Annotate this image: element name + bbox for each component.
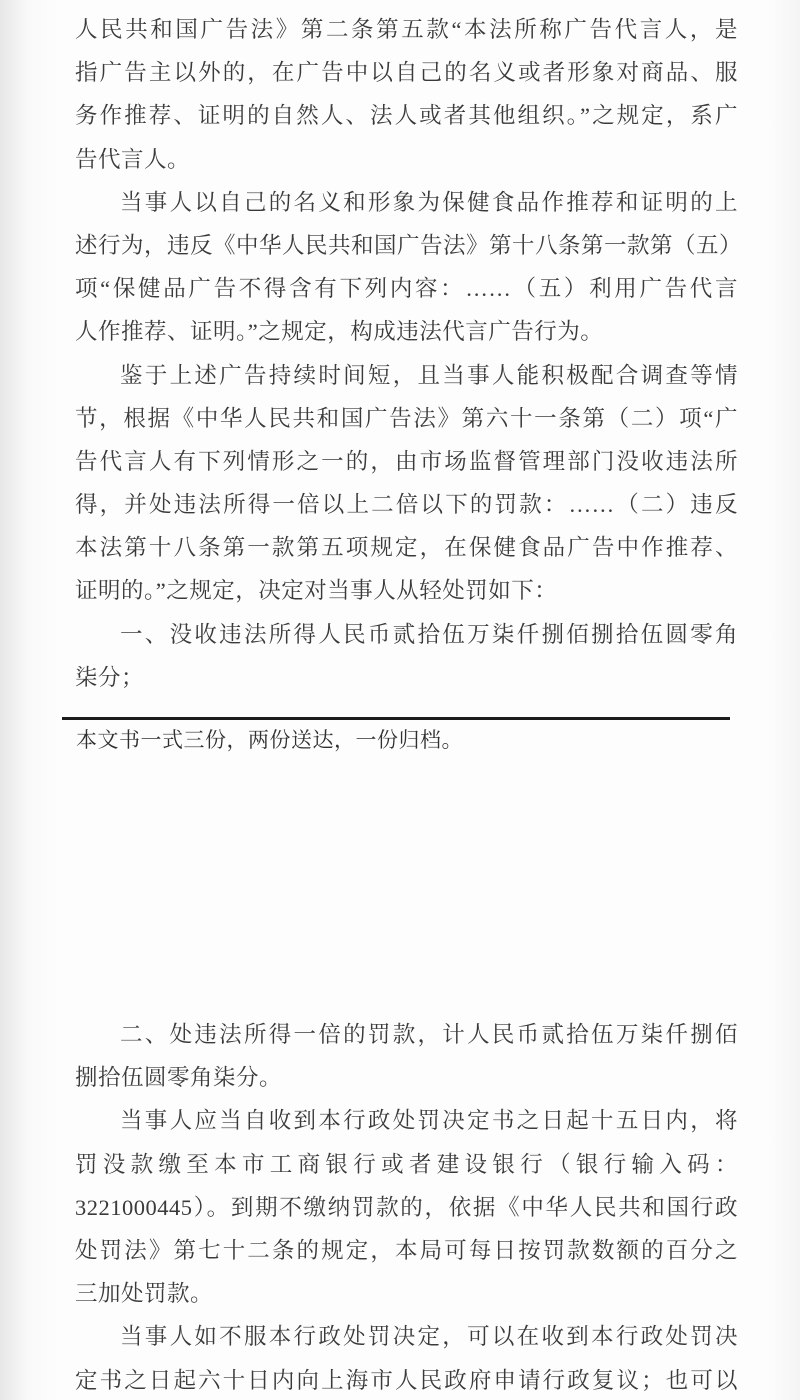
page2-text-block: 二、处违法所得一倍的罚款，计人民币贰拾伍万柒仟捌佰 捌拾伍圆零角柒分。 当事人应… xyxy=(75,1013,738,1400)
document-line: 柒分； xyxy=(75,656,738,699)
page1-text-block: 人民共和国广告法》第二条第五款“本法所称广告代言人，是 指广告主以外的，在广告中… xyxy=(75,8,738,699)
copies-distribution-note: 本文书一式三份，两份送达，一份归档。 xyxy=(76,726,676,754)
document-line: 鉴于上述广告持续时间短，且当事人能积极配合调查等情 xyxy=(75,354,738,397)
document-line: 当事人以自己的名义和形象为保健食品作推荐和证明的上 xyxy=(75,181,738,224)
document-page: 人民共和国广告法》第二条第五款“本法所称广告代言人，是 指广告主以外的，在广告中… xyxy=(0,0,800,1400)
document-line: 本法第十八条第一款第五项规定，在保健食品广告中作推荐、 xyxy=(75,526,738,569)
document-line: 务作推荐、证明的自然人、法人或者其他组织。”之规定，系广 xyxy=(75,94,738,137)
document-line: 当事人应当自收到本行政处罚决定书之日起十五日内，将 xyxy=(75,1099,738,1142)
document-line: 告代言人有下列情形之一的，由市场监督管理部门没收违法所 xyxy=(75,440,738,483)
document-line: 捌拾伍圆零角柒分。 xyxy=(75,1056,738,1099)
document-line: 当事人如不服本行政处罚决定，可以在收到本行政处罚决 xyxy=(75,1315,738,1358)
document-line: 项“保健品广告不得含有下列内容：……（五）利用广告代言 xyxy=(75,267,738,310)
document-line: 3221000445）。到期不缴纳罚款的，依据《中华人民共和国行政 xyxy=(75,1186,738,1229)
document-line: 告代言人。 xyxy=(75,138,738,181)
document-line: 二、处违法所得一倍的罚款，计人民币贰拾伍万柒仟捌佰 xyxy=(75,1013,738,1056)
document-line: 处罚法》第七十二条的规定，本局可每日按罚款数额的百分之 xyxy=(75,1229,738,1272)
page-separator-line xyxy=(62,717,730,720)
document-line: 罚没款缴至本市工商银行或者建设银行（银行输入码： xyxy=(75,1143,738,1186)
document-line: 述行为，违反《中华人民共和国广告法》第十八条第一款第（五） xyxy=(75,224,738,267)
document-line: 指广告主以外的，在广告中以自己的名义或者形象对商品、服 xyxy=(75,51,738,94)
document-line: 定书之日起六十日内向上海市人民政府申请行政复议；也可以 xyxy=(75,1359,738,1400)
document-line: 得，并处违法所得一倍以上二倍以下的罚款：……（二）违反 xyxy=(75,483,738,526)
document-line: 人民共和国广告法》第二条第五款“本法所称广告代言人，是 xyxy=(75,8,738,51)
document-line: 一、没收违法所得人民币贰拾伍万柒仟捌佰捌拾伍圆零角 xyxy=(75,613,738,656)
document-line: 证明的。”之规定，决定对当事人从轻处罚如下： xyxy=(75,569,738,612)
document-line: 人作推荐、证明。”之规定，构成违法代言广告行为。 xyxy=(75,310,738,353)
document-line: 三加处罚款。 xyxy=(75,1272,738,1315)
document-line: 节，根据《中华人民共和国广告法》第六十一条第（二）项“广 xyxy=(75,397,738,440)
